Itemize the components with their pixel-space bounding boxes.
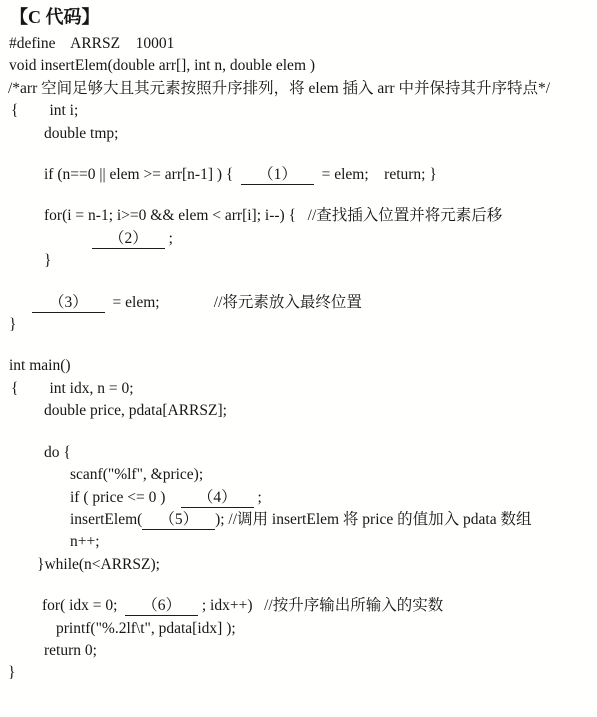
code-text: }while(n<ARRSZ); xyxy=(37,556,160,573)
code-text: int main() xyxy=(9,357,71,374)
code-block: #define ARRSZ 10001void insertElem(doubl… xyxy=(4,33,593,685)
fill-in-blank: （3） xyxy=(32,293,105,313)
code-line: double tmp; xyxy=(4,123,593,145)
code-text: double tmp; xyxy=(44,125,118,142)
code-line: { int i; xyxy=(4,100,593,122)
empty-line xyxy=(4,186,593,205)
code-text: /*arr 空间足够大且其元素按照升序排列，将 elem 插入 arr 中并保持… xyxy=(8,80,550,97)
page-title: 【C 代码】 xyxy=(4,5,593,29)
code-text: } xyxy=(8,664,15,681)
code-text: ; idx++) //按升序输出所输入的实数 xyxy=(198,597,443,614)
code-text: } xyxy=(44,252,51,269)
code-text: insertElem( xyxy=(70,511,142,528)
code-text: for( idx = 0; xyxy=(42,597,125,614)
code-text: double price, pdata[ARRSZ]; xyxy=(44,402,227,419)
code-text: #define ARRSZ 10001 xyxy=(9,35,174,52)
empty-line xyxy=(4,423,593,442)
code-line: if ( price <= 0 ) （4） ; xyxy=(4,487,593,509)
code-line: printf("%.2lf\t", pdata[idx] ); xyxy=(4,618,593,640)
code-line: （3） = elem; //将元素放入最终位置 xyxy=(4,292,593,314)
code-text: { int idx, n = 0; xyxy=(11,380,134,397)
code-text: = elem; return; } xyxy=(314,166,437,183)
code-line: double price, pdata[ARRSZ]; xyxy=(4,400,593,422)
code-text: ); //调用 insertElem 将 price 的值加入 pdata 数组 xyxy=(215,511,531,528)
code-line: n++; xyxy=(4,531,593,553)
code-line: } xyxy=(4,662,593,684)
code-text: if ( price <= 0 ) xyxy=(70,489,181,506)
fill-in-blank: （4） xyxy=(181,488,254,508)
document-page: 【C 代码】 #define ARRSZ 10001void insertEle… xyxy=(0,0,597,717)
code-line: return 0; xyxy=(4,640,593,662)
fill-in-blank: （2） xyxy=(92,229,165,249)
code-text: { int i; xyxy=(11,102,78,119)
empty-line xyxy=(4,336,593,355)
empty-line xyxy=(4,576,593,595)
code-text: for(i = n-1; i>=0 && elem < arr[i]; i--)… xyxy=(44,207,502,224)
code-line: if (n==0 || elem >= arr[n-1] ) { （1） = e… xyxy=(4,164,593,186)
code-line: /*arr 空间足够大且其元素按照升序排列，将 elem 插入 arr 中并保持… xyxy=(4,78,593,100)
code-line: insertElem(（5）); //调用 insertElem 将 price… xyxy=(4,509,593,531)
code-text: printf("%.2lf\t", pdata[idx] ); xyxy=(56,620,236,637)
code-line: }while(n<ARRSZ); xyxy=(4,554,593,576)
code-text: if (n==0 || elem >= arr[n-1] ) { xyxy=(44,166,241,183)
code-line: } xyxy=(4,314,593,336)
code-text: return 0; xyxy=(44,642,97,659)
code-text: ; xyxy=(254,489,262,506)
empty-line xyxy=(4,273,593,292)
code-line: for( idx = 0; （6） ; idx++) //按升序输出所输入的实数 xyxy=(4,595,593,617)
code-line: } xyxy=(4,250,593,272)
code-text: scanf("%lf", &price); xyxy=(70,466,203,483)
code-text: ; xyxy=(165,230,173,247)
code-text: = elem; //将元素放入最终位置 xyxy=(105,294,362,311)
code-line: #define ARRSZ 10001 xyxy=(4,33,593,55)
code-line: scanf("%lf", &price); xyxy=(4,464,593,486)
fill-in-blank: （5） xyxy=(142,510,215,530)
code-line: for(i = n-1; i>=0 && elem < arr[i]; i--)… xyxy=(4,205,593,227)
fill-in-blank: （1） xyxy=(241,165,314,185)
code-line: （2） ; xyxy=(4,228,593,250)
code-text: n++; xyxy=(70,533,100,550)
code-line: int main() xyxy=(4,355,593,377)
empty-line xyxy=(4,145,593,164)
code-line: do { xyxy=(4,442,593,464)
code-line: void insertElem(double arr[], int n, dou… xyxy=(4,55,593,77)
code-text: } xyxy=(9,316,16,333)
code-text: void insertElem(double arr[], int n, dou… xyxy=(9,57,315,74)
fill-in-blank: （6） xyxy=(125,596,198,616)
code-line: { int idx, n = 0; xyxy=(4,378,593,400)
code-text: do { xyxy=(44,444,71,461)
